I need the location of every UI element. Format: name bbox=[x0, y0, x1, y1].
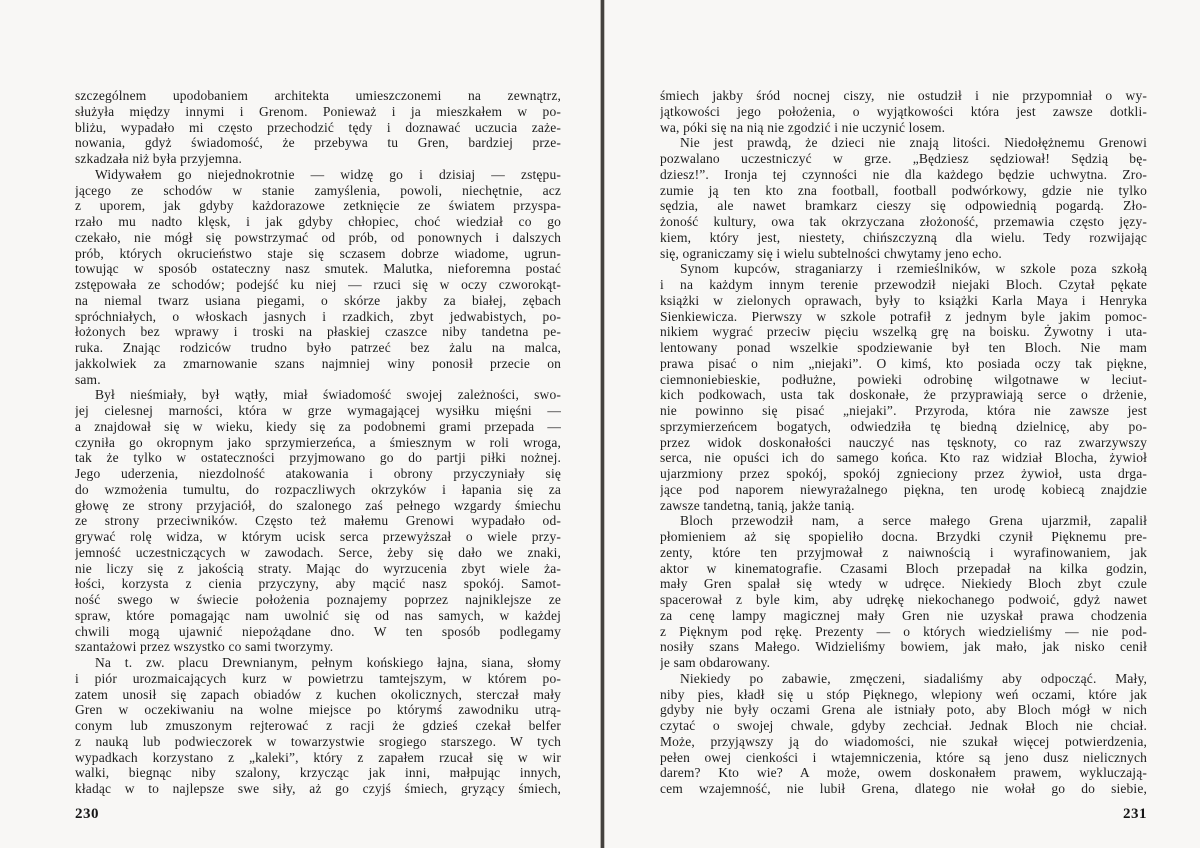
page-number-right: 231 bbox=[660, 806, 1147, 823]
paragraph: Nie jest prawdą, że dzieci nie znają lit… bbox=[660, 135, 1147, 261]
text-line: zenty, które ten przyjmował z naiwnością… bbox=[660, 545, 1147, 561]
text-line: chwili mogą ujawnić niepożądane dno. W t… bbox=[75, 624, 561, 640]
text-line: szantażowi przez wszystko co sami tworzy… bbox=[75, 639, 561, 655]
text-line: pozwalano uczestniczyć w grze. „Będziesz… bbox=[660, 151, 1147, 167]
left-page-text: szczególnem upodobaniem architekta umies… bbox=[75, 88, 561, 797]
text-line: z Pięknym pod rękę. Prezenty — o których… bbox=[660, 624, 1147, 640]
text-line: Synom kupców, straganiarzy i rzemieślnik… bbox=[660, 261, 1147, 277]
text-line: Gren w oczekiwaniu na wolne miejsce po k… bbox=[75, 702, 561, 718]
text-line: a znajdował się w wieku, kiedy się za po… bbox=[75, 419, 561, 435]
text-line: gdyby nie były oczami Grena ale istniały… bbox=[660, 702, 1147, 718]
text-line: zawsze tandetną, tanią, jakże tanią. bbox=[660, 498, 1147, 514]
text-line: Jego uderzenia, niezdolność atakowania i… bbox=[75, 466, 561, 482]
text-line: jątkowości jego położenia, o wyjątkowośc… bbox=[660, 104, 1147, 120]
text-line: na niemal twarz usiana piegami, o skórze… bbox=[75, 293, 561, 309]
text-line: serca, nie opuści ich do samego końca. K… bbox=[660, 450, 1147, 466]
text-line: ze strony przeciwników. Często też małem… bbox=[75, 513, 561, 529]
text-line: szczególnem upodobaniem architekta umies… bbox=[75, 88, 561, 104]
text-line: płomieniem aż się spopieliło docna. Brzy… bbox=[660, 529, 1147, 545]
text-line: jące pod naporem niewyrażalnego piękna, … bbox=[660, 482, 1147, 498]
text-line: Widywałem go niejednokrotnie — widzę go … bbox=[75, 167, 561, 183]
text-line: czekało, nie mógł się powstrzymać od pró… bbox=[75, 230, 561, 246]
text-line: zstępowała ze schodów; podejść ku niej —… bbox=[75, 277, 561, 293]
text-line: nikiem wygrać przeciw pięciu wszelką grę… bbox=[660, 324, 1147, 340]
text-line: Sienkiewicza. Pierwszy w szkole potrafił… bbox=[660, 309, 1147, 325]
text-line: sprzymierzeńcem bogatych, odwiedziła tę … bbox=[660, 419, 1147, 435]
text-line: z nauką lub podwieczorek w towarzystwie … bbox=[75, 734, 561, 750]
text-line: Był nieśmiały, był wątły, miał świadomoś… bbox=[75, 387, 561, 403]
text-line: lentowany ponad wszelkie spodziewanie by… bbox=[660, 340, 1147, 356]
text-line: cem wzajemność, nie lubił Grena, dlatego… bbox=[660, 781, 1147, 797]
text-line: darem? Kto wie? A może, owem doskonałem … bbox=[660, 765, 1147, 781]
text-line: książki w zielonych oprawach, były to ks… bbox=[660, 293, 1147, 309]
right-page-text: śmiech jakby śród nocnej ciszy, nie ostu… bbox=[660, 88, 1147, 797]
text-line: jakkolwiek za zmarnowanie szans najmniej… bbox=[75, 356, 561, 372]
text-line: tak że tylko w ostateczności przyjmowano… bbox=[75, 450, 561, 466]
paragraph: Był nieśmiały, był wątły, miał świadomoś… bbox=[75, 387, 561, 655]
text-line: mały Gren spalał się wtedy w udręce. Nie… bbox=[660, 576, 1147, 592]
text-line: przez widok doskonałości nauczyć nas tęs… bbox=[660, 435, 1147, 451]
paragraph: Niekiedy po zabawie, zmęczeni, siadaliśm… bbox=[660, 671, 1147, 797]
text-line: je sam obdarowany. bbox=[660, 655, 1147, 671]
text-line: grywać rolę widza, w którym ucisk serca … bbox=[75, 529, 561, 545]
text-line: jącego ze schodów w stanie zamyślenia, p… bbox=[75, 183, 561, 199]
text-line: Bloch przewodził nam, a serce małego Gre… bbox=[660, 513, 1147, 529]
text-line: Nie jest prawdą, że dzieci nie znają lit… bbox=[660, 135, 1147, 151]
text-line: prób, których okrucieństwo staje się scz… bbox=[75, 246, 561, 262]
text-line: sam. bbox=[75, 372, 561, 388]
text-line: ność swego w świecie położenia poznajemy… bbox=[75, 592, 561, 608]
text-line: zatem unosił się zapach obiadów z kuchen… bbox=[75, 687, 561, 703]
text-line: conym lub zmuszonym rejterować z racji ż… bbox=[75, 718, 561, 734]
paragraph: śmiech jakby śród nocnej ciszy, nie ostu… bbox=[660, 88, 1147, 135]
text-line: rzało mu nadto klęsk, i jak gdyby chłopi… bbox=[75, 214, 561, 230]
text-line: wypadkach korzystano z „kaleki”, który z… bbox=[75, 750, 561, 766]
text-line: sędzia, ale nawet bramkarz cieszy się od… bbox=[660, 198, 1147, 214]
text-line: Niekiedy po zabawie, zmęczeni, siadaliśm… bbox=[660, 671, 1147, 687]
text-line: śmiech jakby śród nocnej ciszy, nie ostu… bbox=[660, 88, 1147, 104]
text-line: spacerował z byle kim, aby udrękę niekoc… bbox=[660, 592, 1147, 608]
text-line: towując w sposób ostateczny nasz smutek.… bbox=[75, 261, 561, 277]
text-line: łości, korzysta z cienia przyczyny, aby … bbox=[75, 576, 561, 592]
text-line: żoność kultury, owa tak okrzyczana złożo… bbox=[660, 214, 1147, 230]
text-line: pełen owej cienkości i wtajemniczenia, k… bbox=[660, 750, 1147, 766]
text-line: Na t. zw. placu Drewnianym, pełnym końsk… bbox=[75, 655, 561, 671]
text-line: bliżu, wypadało mi często przechodzić tę… bbox=[75, 120, 561, 136]
paragraph: Widywałem go niejednokrotnie — widzę go … bbox=[75, 167, 561, 388]
text-line: ciemnoniebieskie, podłużne, powieki odro… bbox=[660, 372, 1147, 388]
text-line: walki, biegnąc niby szalony, krzycząc ja… bbox=[75, 765, 561, 781]
text-line: jemność uczestniczących w zawodach. Serc… bbox=[75, 545, 561, 561]
paragraph: szczególnem upodobaniem architekta umies… bbox=[75, 88, 561, 167]
text-line: kiem, który jest, niestety, chińszczyzną… bbox=[660, 230, 1147, 246]
text-line: jej cielesnej marności, która w grze wym… bbox=[75, 403, 561, 419]
text-line: wa, póki się na nią nie zgodzić i nie uc… bbox=[660, 120, 1147, 136]
text-line: kich podkowach, usta tak doskonałe, że p… bbox=[660, 387, 1147, 403]
text-line: za cenę lampy magicznej mały Gren nie uz… bbox=[660, 608, 1147, 624]
text-line: nie powinno się pisać „niejaki”. Przyrod… bbox=[660, 403, 1147, 419]
left-page: szczególnem upodobaniem architekta umies… bbox=[75, 88, 561, 797]
book-gutter-line bbox=[601, 0, 604, 848]
text-line: służyła między innymi i Grenom. Ponieważ… bbox=[75, 104, 561, 120]
text-line: czytać o swojej chwale, gdyby zechciał. … bbox=[660, 718, 1147, 734]
text-line: i na każdym innym terenie przewodził nie… bbox=[660, 277, 1147, 293]
book-spread: szczególnem upodobaniem architekta umies… bbox=[0, 0, 1200, 848]
text-line: zumie ją ten kto zna football, football … bbox=[660, 183, 1147, 199]
paragraph: Synom kupców, straganiarzy i rzemieślnik… bbox=[660, 261, 1147, 513]
text-line: ujarzmiony przez spokój, spokój zgniecio… bbox=[660, 466, 1147, 482]
text-line: kładąc w to najlepsze swe siły, aż go cz… bbox=[75, 781, 561, 797]
text-line: aktor w kinematografie. Czasami Bloch pr… bbox=[660, 561, 1147, 577]
text-line: nosiły szans Małego. Widzieliśmy bowiem,… bbox=[660, 639, 1147, 655]
text-line: niby pies, kładł się u stóp Pięknego, wl… bbox=[660, 687, 1147, 703]
text-line: prawa pisać o nim „niejaki”. O kimś, kto… bbox=[660, 356, 1147, 372]
text-line: z uporem, jak gdyby każdorazowe zetknięc… bbox=[75, 198, 561, 214]
text-line: spraw, które pomagając nam uwolnić się o… bbox=[75, 608, 561, 624]
text-line: czyniła go okropnym jako sprzymierzeńca,… bbox=[75, 435, 561, 451]
text-line: łożonych bez wprawy i troski na płaskiej… bbox=[75, 324, 561, 340]
paragraph: Bloch przewodził nam, a serce małego Gre… bbox=[660, 513, 1147, 671]
text-line: szkadzała niż była przyjemna. bbox=[75, 151, 561, 167]
page-number-left: 230 bbox=[75, 806, 99, 823]
text-line: nowania, gdyż świadomość, że przebywa tu… bbox=[75, 135, 561, 151]
text-line: się, ograniczamy się i wielu subtelności… bbox=[660, 246, 1147, 262]
text-line: nie liczy się z jakością straty. Mając d… bbox=[75, 561, 561, 577]
text-line: dziesz!”. Ironja tej czynności nie dla k… bbox=[660, 167, 1147, 183]
text-line: Może, przyjąwszy ją do wiadomości, nie s… bbox=[660, 734, 1147, 750]
right-page: śmiech jakby śród nocnej ciszy, nie ostu… bbox=[660, 88, 1147, 797]
text-line: do wzmożenia tumultu, do rozpaczliwych o… bbox=[75, 482, 561, 498]
text-line: spróchniałych, o włoskach jasnych i rzad… bbox=[75, 309, 561, 325]
text-line: ruka. Znając rodziców trudno było patrze… bbox=[75, 340, 561, 356]
paragraph: Na t. zw. placu Drewnianym, pełnym końsk… bbox=[75, 655, 561, 797]
text-line: głowę ze strony przyjaciół, do szalonego… bbox=[75, 498, 561, 514]
text-line: i piór urozmaicających kurz w powietrzu … bbox=[75, 671, 561, 687]
